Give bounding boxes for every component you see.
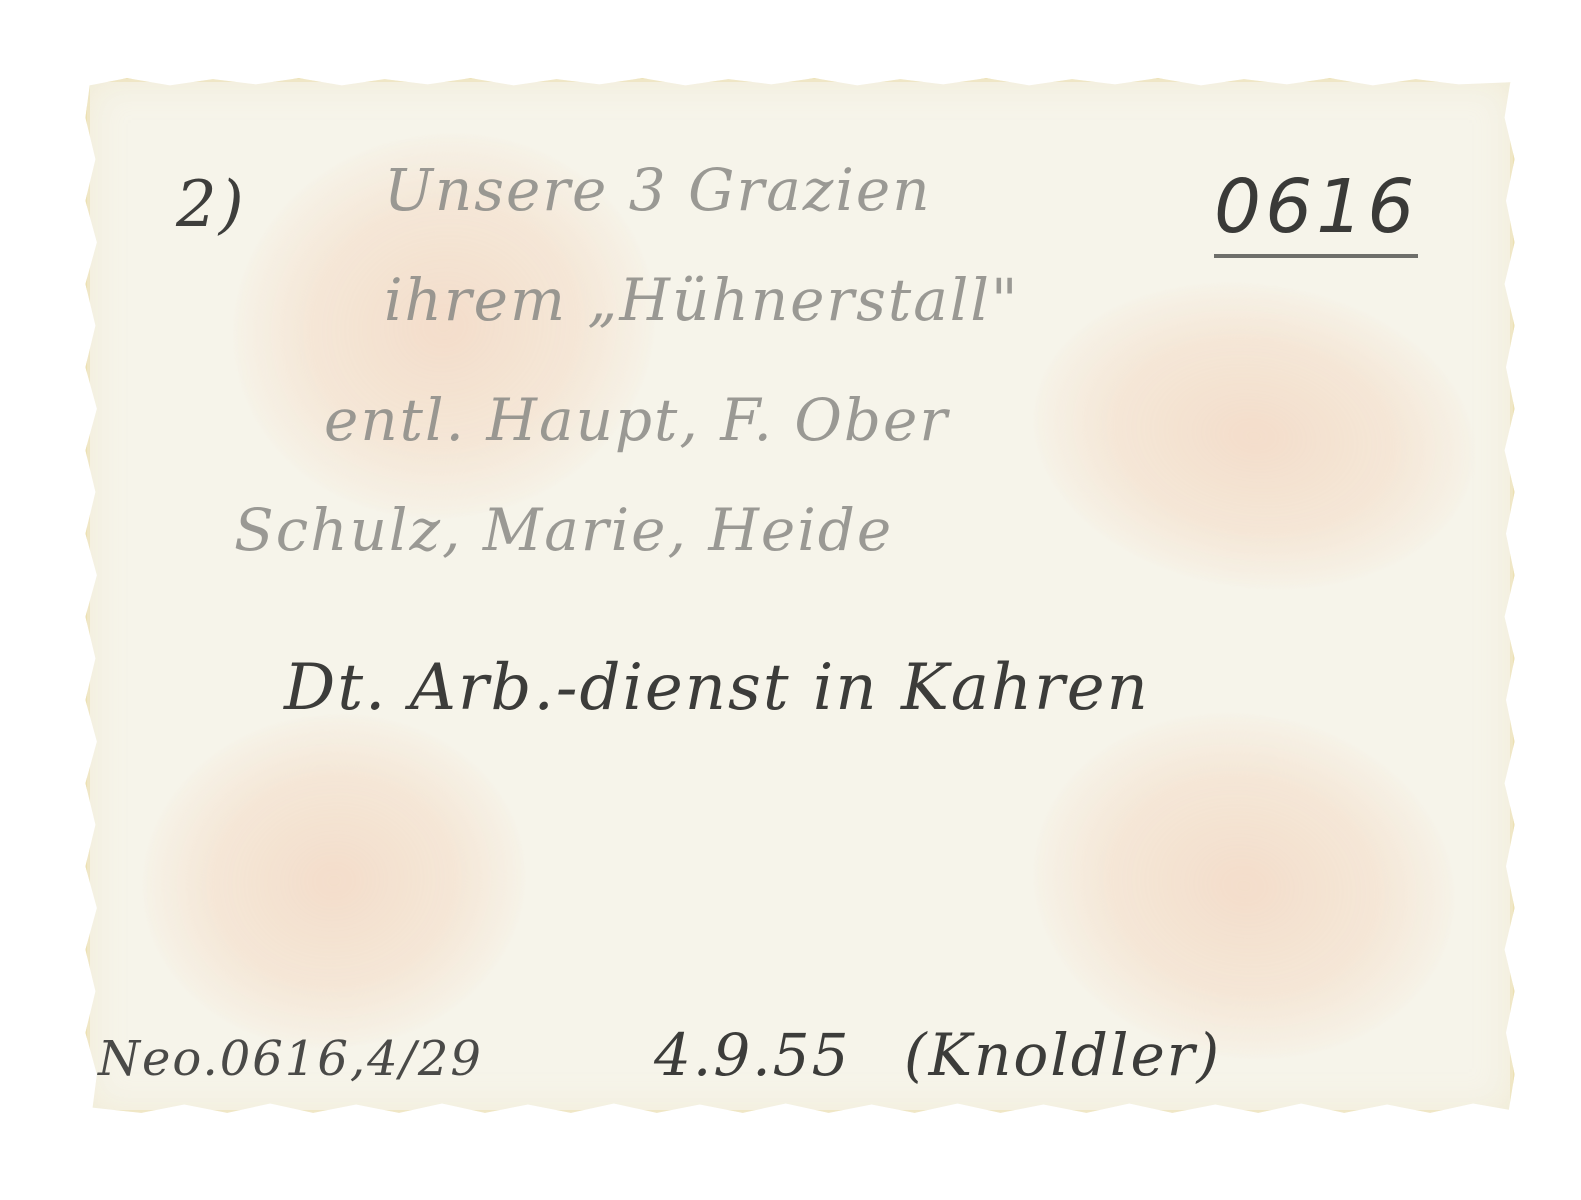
photo-card-back: 2) Unsere 3 Grazien 0616 ihrem „Hühnerst…	[84, 76, 1516, 1116]
note-line-1: Unsere 3 Grazien	[384, 156, 932, 224]
note-line-4: Schulz, Marie, Heide	[234, 496, 893, 564]
adhesive-stain	[128, 697, 540, 1065]
adhesive-stain	[1015, 257, 1492, 615]
scanned-photo-back: 2) Unsere 3 Grazien 0616 ihrem „Hühnerst…	[0, 0, 1581, 1200]
item-number: 2)	[176, 168, 246, 242]
photographer-name: (Knoldler)	[904, 1021, 1221, 1089]
note-line-3: entl. Haupt, F. Ober	[324, 386, 949, 454]
date: 4.9.55	[654, 1021, 850, 1089]
note-line-2: ihrem „Hühnerstall"	[384, 266, 1020, 334]
archive-number: Neo.0616,4/29	[98, 1031, 483, 1087]
reference-number: 0616	[1214, 164, 1418, 258]
note-line-5: Dt. Arb.-dienst in Kahren	[284, 651, 1150, 725]
